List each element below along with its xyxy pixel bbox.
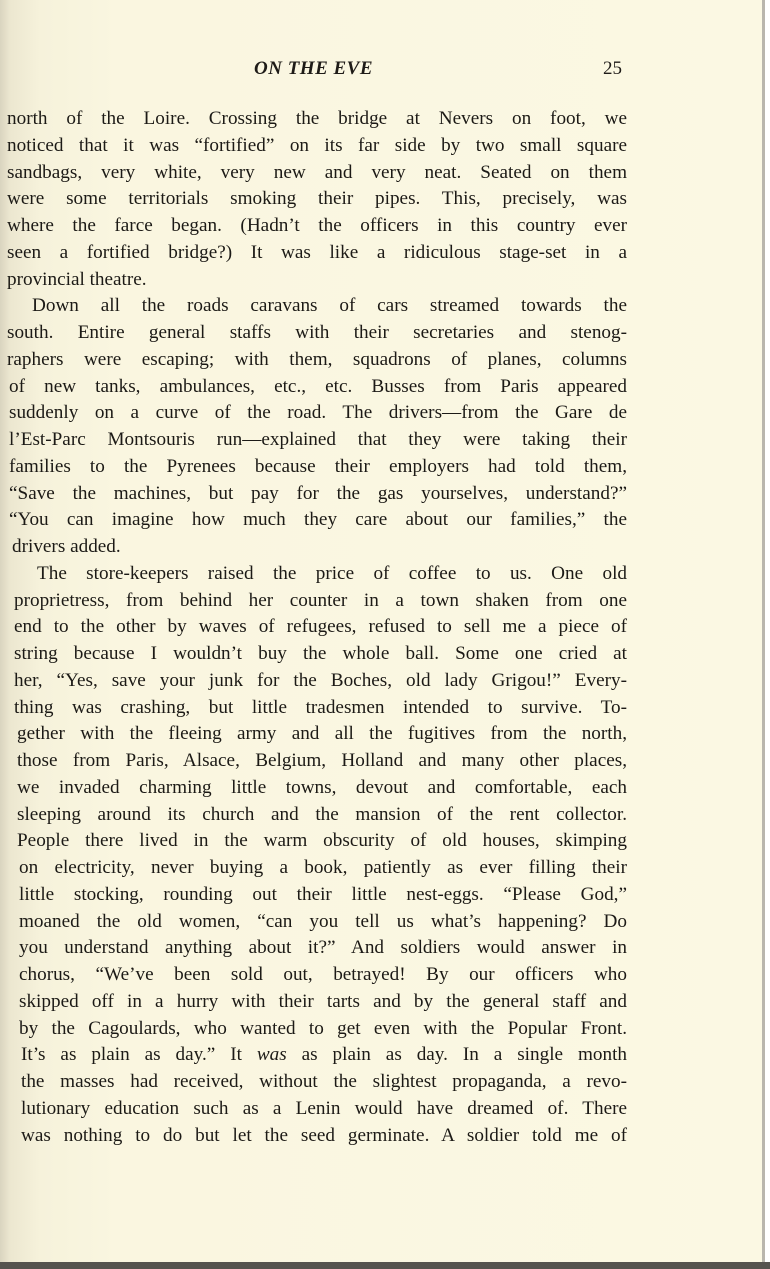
running-title: ON THE EVE (254, 58, 373, 80)
book-page: ON THE EVE 25 north of the Loire. Crossi… (0, 0, 762, 1262)
text-line: proprietress, from behind her counter in… (14, 588, 627, 615)
text-line: of new tanks, ambulances, etc., etc. Bus… (9, 374, 627, 401)
text-line: suddenly on a curve of the road. The dri… (9, 400, 627, 427)
text-line: chorus, “We’ve been sold out, betrayed! … (19, 962, 627, 989)
text-line: seen a fortified bridge?) It was like a … (7, 240, 627, 267)
text-line: little stocking, rounding out their litt… (19, 882, 627, 909)
text-line: were some territorials smoking their pip… (7, 186, 627, 213)
text-segment: as plain as day. In a single month (287, 1044, 627, 1065)
text-line: lutionary education such as a Lenin woul… (21, 1096, 627, 1123)
text-line: raphers were escaping; with them, squadr… (7, 347, 627, 374)
text-line: on electricity, never buying a book, pat… (19, 855, 627, 882)
text-line: where the farce began. (Hadn’t the offic… (7, 213, 627, 240)
text-line: People there lived in the warm obscurity… (17, 828, 627, 855)
running-head: ON THE EVE 25 (0, 58, 762, 86)
text-line: “You can imagine how much they care abou… (9, 507, 627, 534)
page-edge-bottom (0, 1262, 770, 1269)
text-line: was nothing to do but let the seed germi… (21, 1123, 627, 1150)
text-line: provincial theatre. (7, 267, 627, 294)
text-line: by the Cagoulards, who wanted to get eve… (19, 1016, 627, 1043)
text-line: noticed that it was “fortified” on its f… (7, 133, 627, 160)
text-line: south. Entire general staffs with their … (7, 320, 627, 347)
text-line: you understand anything about it?” And s… (19, 935, 627, 962)
text-line: north of the Loire. Crossing the bridge … (7, 106, 627, 133)
text-line: skipped off in a hurry with their tarts … (19, 989, 627, 1016)
text-line: thing was crashing, but little tradesmen… (14, 695, 627, 722)
text-line-with-italic: It’s as plain as day.” It was as plain a… (21, 1042, 627, 1069)
paragraph-start-line: Down all the roads caravans of cars stre… (7, 293, 627, 320)
page-edge-right (762, 0, 765, 1262)
text-line: we invaded charming little towns, devout… (17, 775, 627, 802)
text-line: moaned the old women, “can you tell us w… (19, 909, 627, 936)
text-line: “Save the machines, but pay for the gas … (9, 481, 627, 508)
text-segment: It’s as plain as day.” It (21, 1044, 257, 1065)
text-line: gether with the fleeing army and all the… (17, 721, 627, 748)
text-line: drivers added. (12, 534, 627, 561)
text-line: her, “Yes, save your junk for the Boches… (14, 668, 627, 695)
text-line: string because I wouldn’t buy the whole … (14, 641, 627, 668)
paragraph-start-line: The store-keepers raised the price of co… (12, 561, 627, 588)
text-line: the masses had received, without the sli… (21, 1069, 627, 1096)
text-line: end to the other by waves of refugees, r… (14, 614, 627, 641)
text-line: those from Paris, Alsace, Belgium, Holla… (17, 748, 627, 775)
body-text: north of the Loire. Crossing the bridge … (7, 106, 627, 1149)
italic-emphasis: was (257, 1044, 287, 1065)
text-line: families to the Pyrenees because their e… (9, 454, 627, 481)
text-line: sleeping around its church and the mansi… (17, 802, 627, 829)
text-line: sandbags, very white, very new and very … (7, 160, 627, 187)
text-line: l’Est-Parc Montsouris run—explained that… (9, 427, 627, 454)
page-number: 25 (603, 58, 622, 80)
